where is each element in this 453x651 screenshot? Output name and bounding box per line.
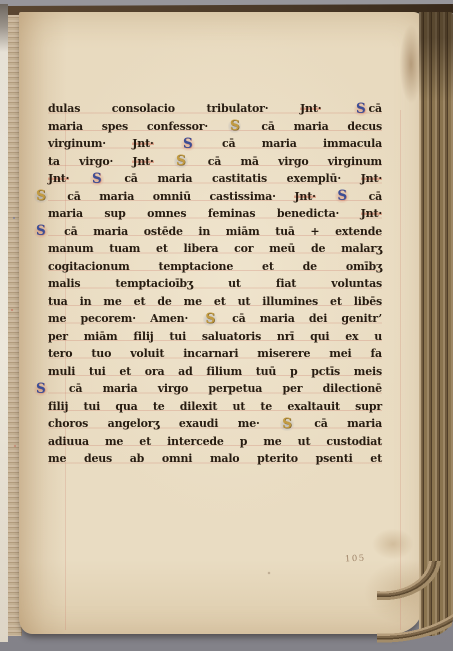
- latin-text-segment: Jnt·: [361, 207, 382, 220]
- illuminated-initial-gold: S: [174, 155, 188, 168]
- manuscript-text-line: muli tui et ora ad filium tuū p pctīs me…: [48, 363, 382, 381]
- manuscript-text-line: S cā maria omniū castissima· Jnt· S cā: [48, 188, 382, 206]
- manuscript-text-line: S cā maria ostēde in miām tuā + extende: [48, 223, 382, 241]
- latin-text-segment: cā maria dei genitr’: [218, 312, 382, 325]
- latin-text-segment: me deus ab omni malo pterito psenti et: [48, 452, 382, 465]
- latin-text-segment: Jnt·: [300, 102, 321, 115]
- latin-text-segment: cā maria omniū castissima·: [49, 190, 295, 203]
- latin-text-segment: maria spes confessor·: [48, 120, 227, 133]
- fore-edge-pages: [419, 12, 453, 636]
- illuminated-initial-gold: S: [34, 190, 48, 203]
- latin-text-segment: cā maria virgo perpetua per dilectionē: [49, 382, 382, 395]
- latin-text-segment: cā: [369, 102, 382, 115]
- illuminated-initial-gold: S: [228, 120, 242, 133]
- photograph-background: { "meta": { "description": "Photograph o…: [0, 0, 453, 651]
- latin-text-segment: ta virgo·: [48, 155, 132, 168]
- illuminated-initial-blue: S: [34, 383, 48, 396]
- latin-text-segment: cā mā virgo virginum: [189, 155, 382, 168]
- manuscript-text-line: filij tui qua te dilexit ut te exaltauit…: [48, 398, 382, 416]
- ruling-line-right: [400, 110, 401, 630]
- latin-text-segment: cogitacionum temptacione et de omībʒ: [48, 260, 382, 273]
- manuscript-text-line: Jnt· S cā maria castitatis exemplū· Jnt·: [48, 170, 382, 188]
- latin-text-segment: adiuua me et intercede p me ut custodiat: [48, 435, 382, 448]
- illuminated-initial-blue: S: [354, 103, 368, 116]
- latin-text-segment: tua in me et de me et ut illumines et li…: [48, 295, 382, 308]
- manuscript-text-line: malis temptacioībʒ ut fiat voluntas: [48, 275, 382, 293]
- latin-text-segment: cā maria decus: [242, 120, 382, 133]
- latin-text-segment: Jnt·: [361, 172, 382, 185]
- latin-text-segment: malis temptacioībʒ ut fiat voluntas: [48, 277, 382, 290]
- latin-text-segment: [69, 172, 89, 185]
- manuscript-text-line: ta virgo· Jnt· S cā mā virgo virginum: [48, 153, 382, 171]
- text-block: dulas consolacio tribulator· Jnt· Scāmar…: [48, 100, 382, 468]
- illuminated-initial-gold: S: [280, 418, 294, 431]
- latin-text-segment: tero tuo voluit incarnari miserere mei f…: [48, 347, 382, 360]
- manuscript-text-line: adiuua me et intercede p me ut custodiat: [48, 433, 382, 451]
- latin-text-segment: per miām filij tui saluatoris nrī qui ex…: [48, 330, 382, 343]
- latin-text-segment: manum tuam et libera cor meū de malarʒ: [48, 242, 382, 255]
- illuminated-initial-gold: S: [203, 313, 217, 326]
- latin-text-segment: [316, 190, 335, 203]
- fore-edge-corner-stack: [377, 561, 453, 643]
- latin-text-segment: [154, 137, 180, 150]
- manuscript-text-line: tua in me et de me et ut illumines et li…: [48, 293, 382, 311]
- latin-text-segment: filij tui qua te dilexit ut te exaltauit…: [48, 400, 382, 413]
- latin-text-segment: me pecorem· Amen·: [48, 312, 202, 325]
- latin-text-segment: cā: [350, 190, 382, 203]
- manuscript-text-line: manum tuam et libera cor meū de malarʒ: [48, 240, 382, 258]
- latin-text-segment: cā maria: [295, 417, 382, 430]
- manuscript-text-line: me pecorem· Amen· S cā maria dei genitr’: [48, 310, 382, 328]
- illuminated-initial-blue: S: [90, 173, 104, 186]
- manuscript-text-line: per miām filij tui saluatoris nrī qui ex…: [48, 328, 382, 346]
- latin-text-segment: cā maria ostēde in miām tuā + extende: [49, 225, 382, 238]
- latin-text-segment: [321, 102, 353, 115]
- illuminated-initial-blue: S: [34, 225, 48, 238]
- latin-text-segment: Jnt·: [132, 137, 153, 150]
- manuscript-text-line: choros angelorʒ exaudi me· S cā maria: [48, 415, 382, 433]
- manuscript-text-line: maria spes confessor· S cā maria decus: [48, 118, 382, 136]
- latin-text-segment: choros angelorʒ exaudi me·: [48, 417, 279, 430]
- illuminated-initial-blue: S: [335, 190, 349, 203]
- latin-text-segment: Jnt·: [48, 172, 69, 185]
- latin-text-segment: virginum·: [48, 137, 132, 150]
- manuscript-text-line: tero tuo voluit incarnari miserere mei f…: [48, 345, 382, 363]
- latin-text-segment: [154, 155, 173, 168]
- latin-text-segment: Jnt·: [294, 190, 315, 203]
- latin-text-segment: cā maria castitatis exemplū·: [105, 172, 361, 185]
- illuminated-initial-blue: S: [181, 138, 195, 151]
- folio-number: 105: [345, 553, 366, 564]
- latin-text-segment: dulas consolacio tribulator·: [48, 102, 300, 115]
- manuscript-text-line: S cā maria virgo perpetua per dilectionē: [48, 380, 382, 398]
- manuscript-text-line: cogitacionum temptacione et de omībʒ: [48, 258, 382, 276]
- manuscript-text-line: me deus ab omni malo pterito psenti et: [48, 450, 382, 468]
- latin-text-segment: cā maria immacula: [196, 137, 382, 150]
- manuscript-text-line: maria sup omnes feminas benedicta· Jnt·: [48, 205, 382, 223]
- facing-leaves-edge: [0, 4, 8, 642]
- manuscript-text-line: dulas consolacio tribulator· Jnt· Scā: [48, 100, 382, 118]
- manuscript-text-line: virginum· Jnt· S cā maria immacula: [48, 135, 382, 153]
- latin-text-segment: Jnt·: [132, 155, 153, 168]
- latin-text-segment: muli tui et ora ad filium tuū p pctīs me…: [48, 365, 382, 378]
- latin-text-segment: maria sup omnes feminas benedicta·: [48, 207, 361, 220]
